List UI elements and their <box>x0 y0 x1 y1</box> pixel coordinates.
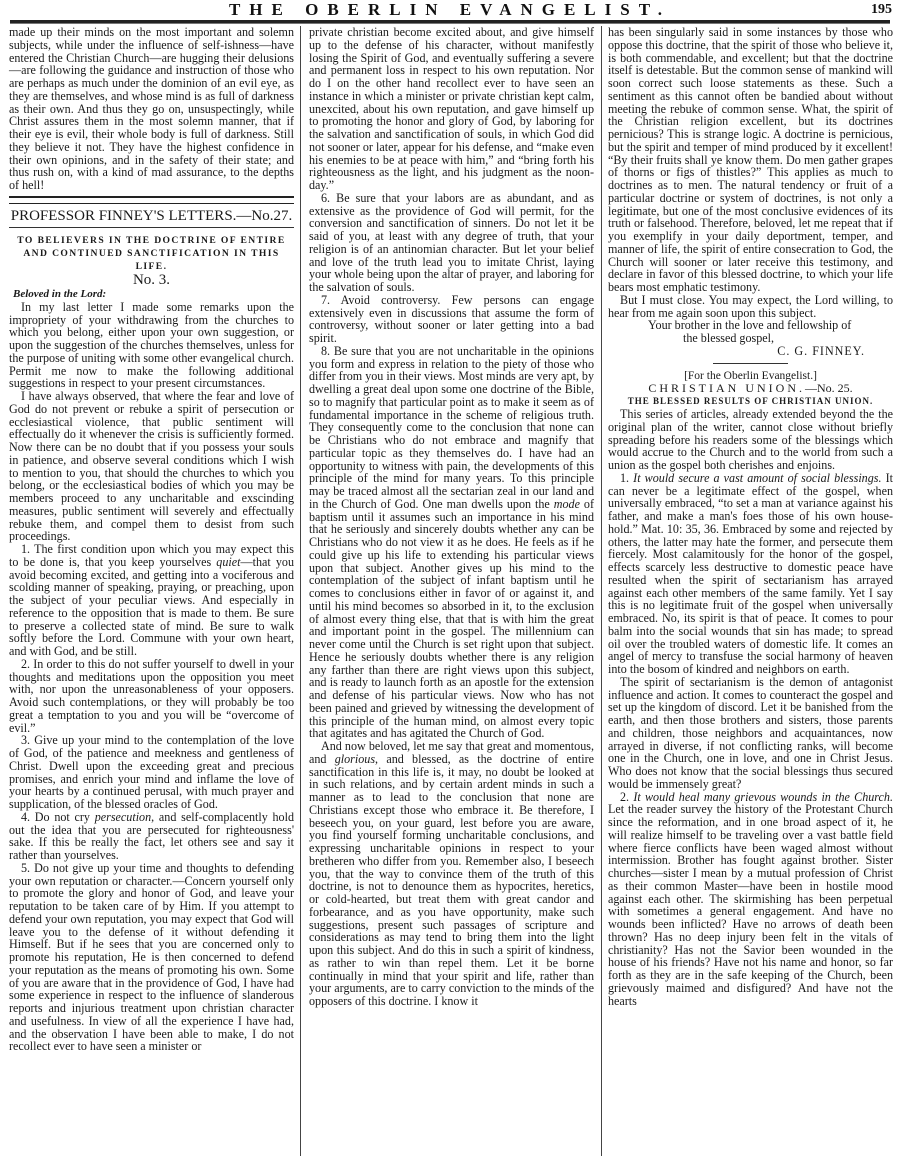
letter-number: No. 3. <box>9 273 294 288</box>
article-title: PROFESSOR FINNEY'S LETTERS.—No.27. <box>9 207 294 225</box>
text: , and blessed, as the doctrine of entire… <box>309 752 594 1008</box>
numbered-paragraph-4: 4. Do not cry persecution, and self-comp… <box>9 811 294 862</box>
column-divider <box>300 26 301 1156</box>
column-divider <box>601 26 602 1156</box>
article-separator <box>9 196 294 204</box>
signoff-line: the blessed gospel, <box>608 332 893 345</box>
text: 8. Be sure that you are not uncharitable… <box>309 344 594 511</box>
masthead-rule <box>10 20 890 24</box>
salutation: Beloved in the Lord: <box>9 288 294 301</box>
text: of baptism until it assumes such an impo… <box>309 497 594 741</box>
continued-paragraph: private christian become excited about, … <box>309 26 594 192</box>
newspaper-title: THE OBERLIN EVANGELIST. <box>0 1 900 19</box>
numbered-paragraph-2: 2. In order to this do not suffer yourse… <box>9 658 294 735</box>
paragraph: I have always observed, that where the f… <box>9 390 294 543</box>
numbered-paragraph-5: 5. Do not give up your time and thoughts… <box>9 862 294 1053</box>
paragraph: In my last letter I made some remarks up… <box>9 301 294 390</box>
numbered-paragraph-7: 7. Avoid controversy. Few persons can en… <box>309 294 594 345</box>
numbered-paragraph-8: 8. Be sure that you are not uncharitable… <box>309 345 594 740</box>
continued-paragraph: has been singularly said in some instanc… <box>608 26 893 294</box>
numbered-paragraph-1: 1. It would secure a vast amount of soci… <box>608 472 893 676</box>
paragraph: But I must close. You may expect, the Lo… <box>608 294 893 320</box>
closing-paragraph: And now beloved, let me say that great a… <box>309 740 594 1008</box>
numbered-paragraph-6: 6. Be sure that your labors are as abund… <box>309 192 594 294</box>
article-subhead: TO BELIEVERS IN THE DOCTRINE OF ENTIRE A… <box>9 234 294 273</box>
page-columns: made up their minds on the most importan… <box>0 26 900 1156</box>
continued-paragraph: made up their minds on the most importan… <box>9 26 294 192</box>
numbered-paragraph-2: 2. It would heal many grievous wounds in… <box>608 791 893 1008</box>
series-title: CHRISTIAN UNION.—No. 25. <box>608 382 893 395</box>
paragraph: This series of articles, already extende… <box>608 408 893 472</box>
series-name: CHRISTIAN UNION. <box>648 381 805 395</box>
text: Let the reader survey the history of the… <box>608 802 893 1007</box>
series-number: —No. 25. <box>805 381 853 395</box>
numbered-paragraph-1: 1. The first condition upon which you ma… <box>9 543 294 658</box>
signature: C. G. FINNEY. <box>608 345 893 358</box>
column-1: made up their minds on the most importan… <box>9 26 294 1053</box>
page-number: 195 <box>871 2 892 18</box>
paragraph: The spirit of sectarianism is the demon … <box>608 676 893 791</box>
masthead: THE OBERLIN EVANGELIST. 195 <box>0 0 900 20</box>
section-rule <box>713 363 788 364</box>
title-rule <box>9 227 294 228</box>
column-3: has been singularly said in some instanc… <box>608 26 893 1007</box>
numbered-paragraph-3: 3. Give up your mind to the contemplatio… <box>9 734 294 811</box>
text: —that you avoid becoming excited, and ge… <box>9 555 294 658</box>
column-2: private christian become excited about, … <box>309 26 594 1008</box>
text: It can never be a legitimate effect of t… <box>608 471 893 676</box>
